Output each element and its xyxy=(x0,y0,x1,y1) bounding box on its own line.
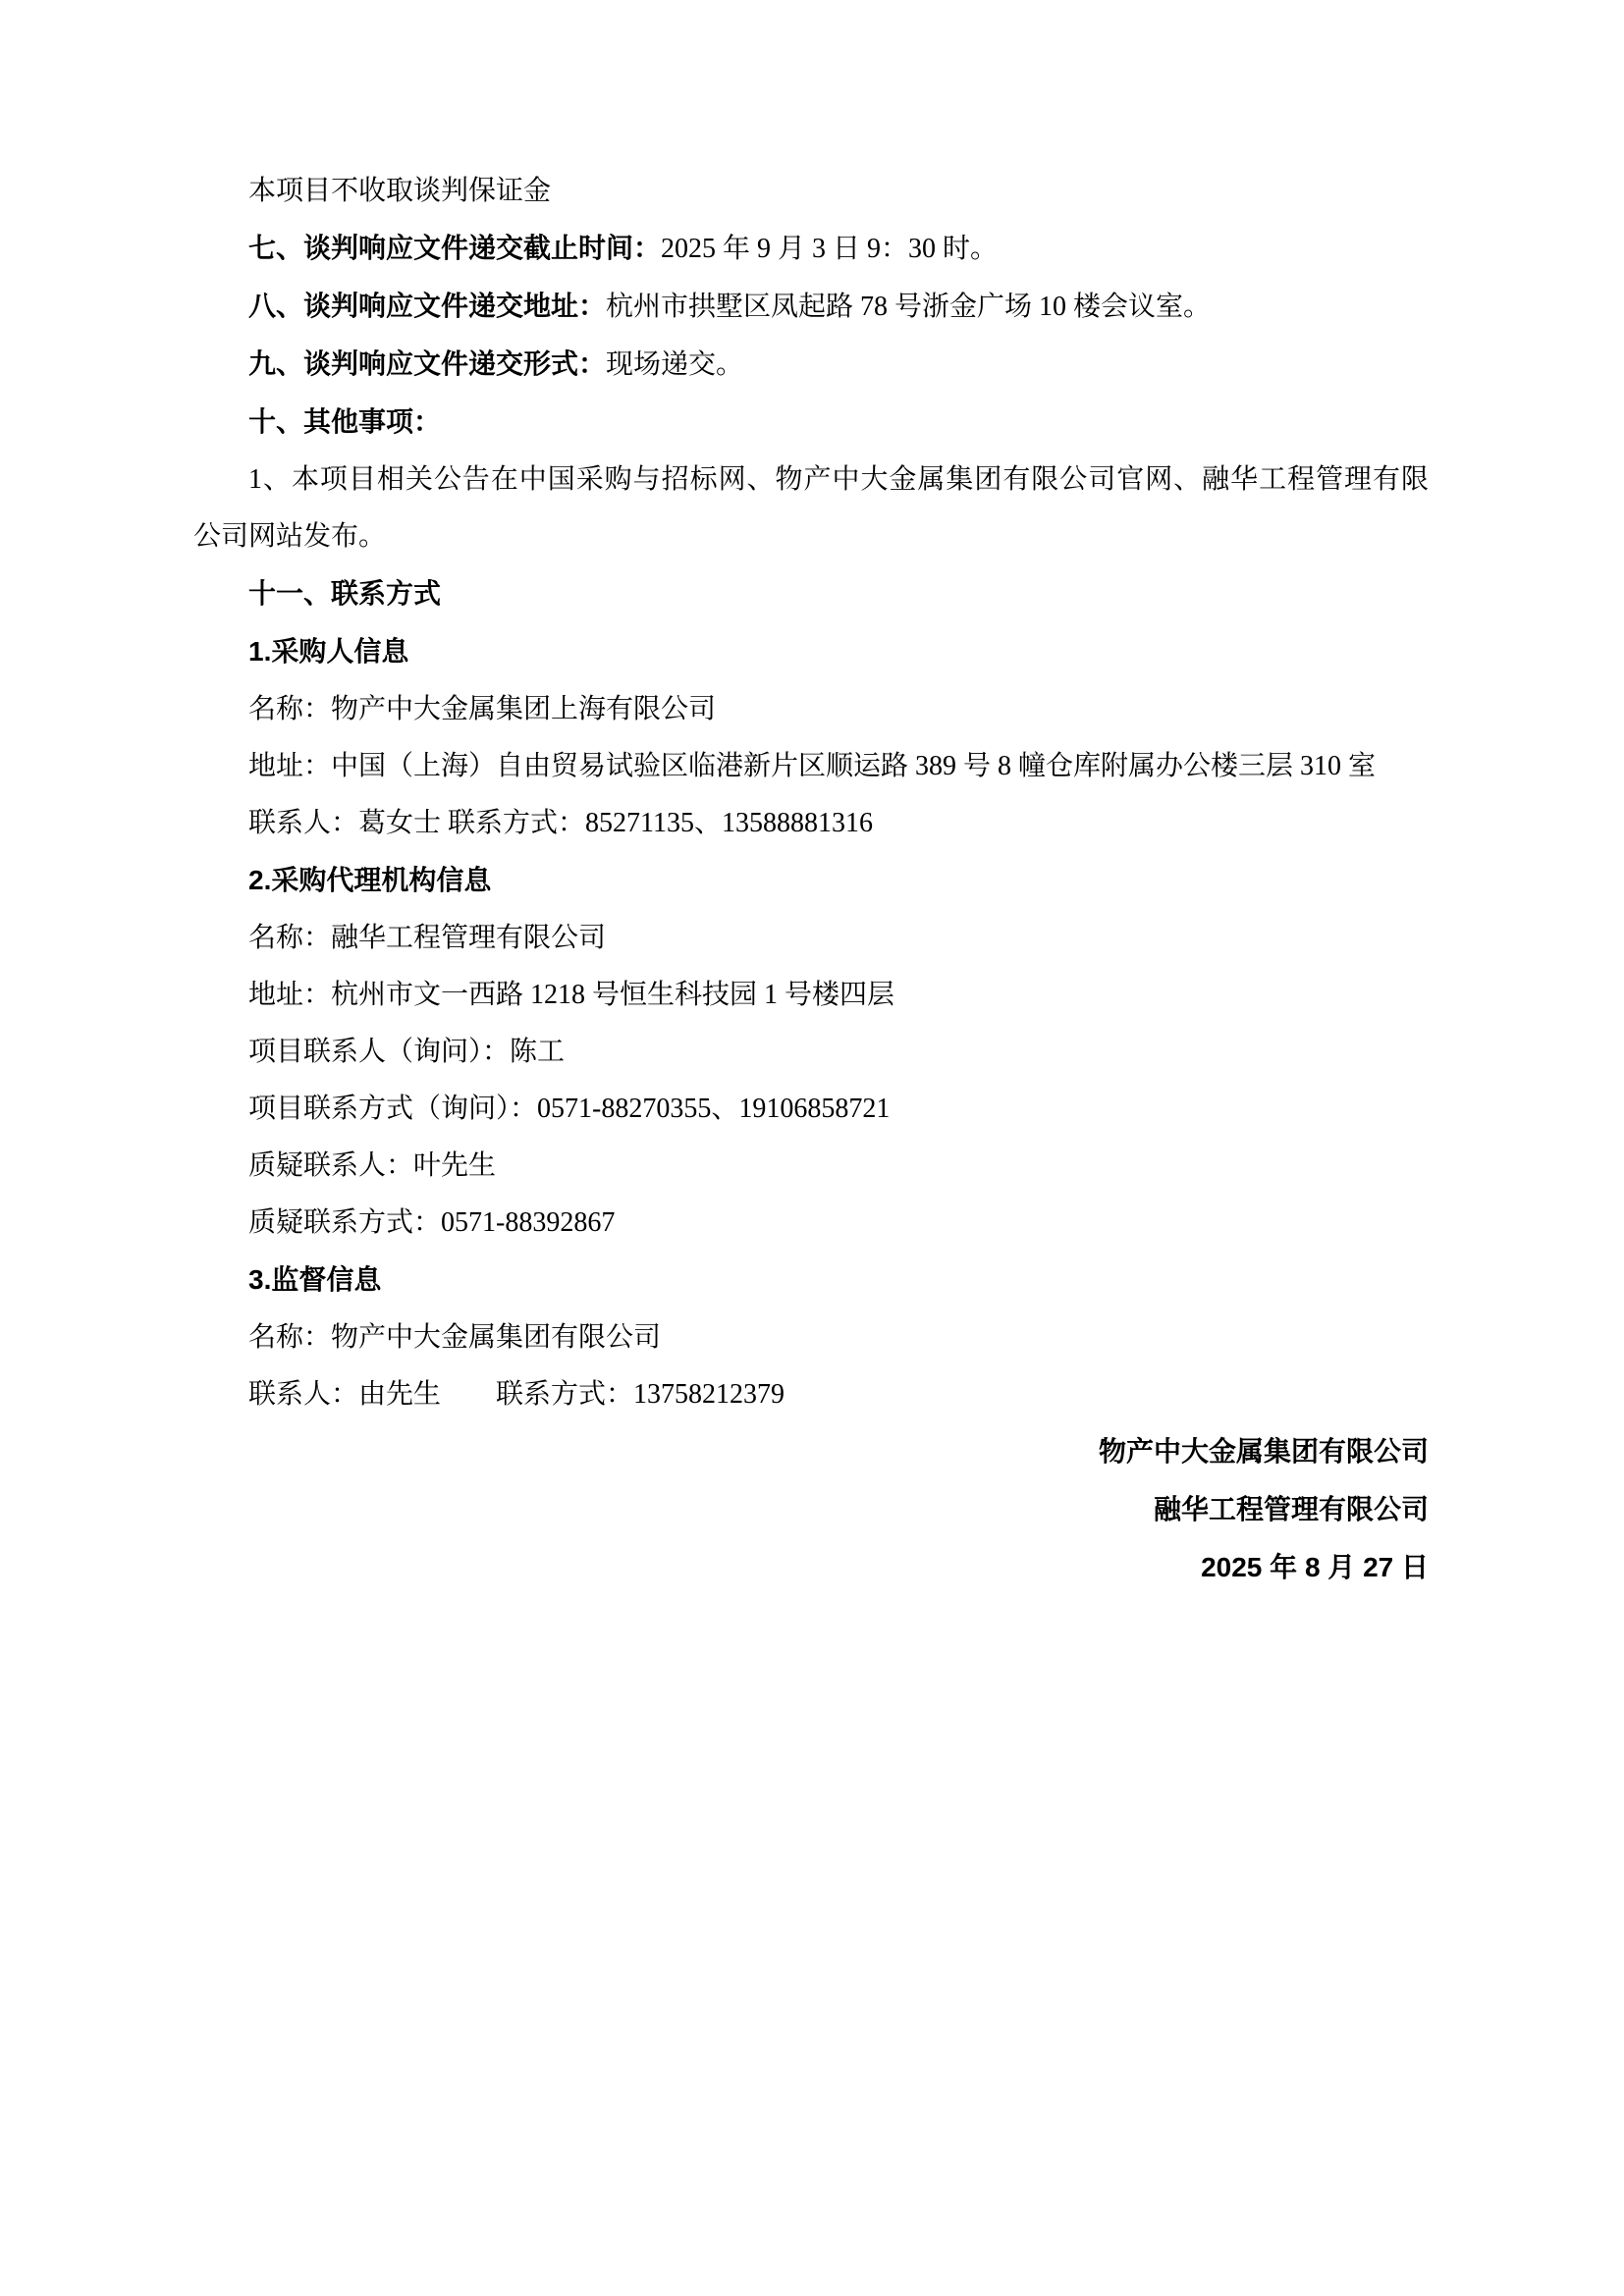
signature-company-2-text: 融华工程管理有限公司 xyxy=(1154,1494,1429,1524)
agency-query-contact: 质疑联系人：叶先生 xyxy=(193,1138,1429,1195)
purchaser-address: 地址：中国（上海）自由贸易试验区临港新片区顺运路 389 号 8 幢仓库附属办公… xyxy=(193,738,1429,795)
item-8-address-value: 杭州市拱墅区凤起路 78 号浙金广场 10 楼会议室。 xyxy=(606,292,1211,322)
agency-query-contact-text: 质疑联系人：叶先生 xyxy=(248,1150,496,1181)
item-7-deadline-value: 2025 年 9 月 3 日 9：30 时。 xyxy=(661,234,998,264)
signature-date: 2025 年 8 月 27 日 xyxy=(193,1539,1429,1597)
agency-address-text: 地址：杭州市文一西路 1218 号恒生科技园 1 号楼四层 xyxy=(248,980,894,1010)
para-no-deposit: 本项目不收取谈判保证金 xyxy=(193,163,1429,220)
agency-query-phone: 质疑联系方式：0571-88392867 xyxy=(193,1195,1429,1252)
heading-11-contact-label: 十一、联系方式 xyxy=(248,578,441,609)
item-9-form-value: 现场递交。 xyxy=(606,349,743,380)
para-announcement-cont-text: 公司网站发布。 xyxy=(193,521,386,552)
purchaser-contact-text: 联系人：葛女士 联系方式：85271135、13588881316 xyxy=(248,808,873,838)
heading-purchaser-info-label: 1.采购人信息 xyxy=(248,636,408,667)
heading-agency-info-label: 2.采购代理机构信息 xyxy=(248,865,491,895)
supervision-contact: 联系人：由先生 联系方式：13758212379 xyxy=(193,1366,1429,1423)
heading-supervision-info: 3.监督信息 xyxy=(193,1252,1429,1309)
purchaser-contact: 联系人：葛女士 联系方式：85271135、13588881316 xyxy=(193,795,1429,852)
agency-name-text: 名称：融华工程管理有限公司 xyxy=(248,923,606,953)
supervision-name: 名称：物产中大金属集团有限公司 xyxy=(193,1309,1429,1366)
agency-address: 地址：杭州市文一西路 1218 号恒生科技园 1 号楼四层 xyxy=(193,967,1429,1024)
agency-name: 名称：融华工程管理有限公司 xyxy=(193,910,1429,967)
heading-agency-info: 2.采购代理机构信息 xyxy=(193,852,1429,910)
agency-project-phone: 项目联系方式（询问）：0571-88270355、19106858721 xyxy=(193,1081,1429,1138)
heading-supervision-info-label: 3.监督信息 xyxy=(248,1264,381,1295)
heading-purchaser-info: 1.采购人信息 xyxy=(193,623,1429,681)
item-7-deadline: 七、谈判响应文件递交截止时间：2025 年 9 月 3 日 9：30 时。 xyxy=(193,220,1429,278)
item-9-form-label: 九、谈判响应文件递交形式： xyxy=(248,348,606,379)
item-8-address: 八、谈判响应文件递交地址：杭州市拱墅区凤起路 78 号浙金广场 10 楼会议室。 xyxy=(193,278,1429,336)
agency-project-contact: 项目联系人（询问）：陈工 xyxy=(193,1024,1429,1081)
signature-company-1-text: 物产中大金属集团有限公司 xyxy=(1099,1436,1429,1467)
para-no-deposit-text: 本项目不收取谈判保证金 xyxy=(248,176,551,206)
heading-11-contact: 十一、联系方式 xyxy=(193,565,1429,623)
item-9-form: 九、谈判响应文件递交形式：现场递交。 xyxy=(193,336,1429,394)
signature-date-text: 2025 年 8 月 27 日 xyxy=(1201,1552,1429,1582)
supervision-name-text: 名称：物产中大金属集团有限公司 xyxy=(248,1322,661,1353)
purchaser-name-text: 名称：物产中大金属集团上海有限公司 xyxy=(248,694,716,724)
item-10-other-label: 十、其他事项： xyxy=(248,406,441,437)
item-10-other: 十、其他事项： xyxy=(193,394,1429,452)
purchaser-name: 名称：物产中大金属集团上海有限公司 xyxy=(193,681,1429,738)
supervision-contact-text: 联系人：由先生 联系方式：13758212379 xyxy=(248,1379,785,1410)
purchaser-address-text: 地址：中国（上海）自由贸易试验区临港新片区顺运路 389 号 8 幢仓库附属办公… xyxy=(248,751,1376,781)
para-announcement-text: 1、本项目相关公告在中国采购与招标网、物产中大金属集团有限公司官网、融华工程管理… xyxy=(248,464,1429,495)
item-7-deadline-label: 七、谈判响应文件递交截止时间： xyxy=(248,233,661,263)
para-announcement: 1、本项目相关公告在中国采购与招标网、物产中大金属集团有限公司官网、融华工程管理… xyxy=(193,452,1429,508)
agency-query-phone-text: 质疑联系方式：0571-88392867 xyxy=(248,1207,615,1238)
document-page: 本项目不收取谈判保证金 七、谈判响应文件递交截止时间：2025 年 9 月 3 … xyxy=(0,0,1624,2296)
item-8-address-label: 八、谈判响应文件递交地址： xyxy=(248,291,606,321)
signature-company-2: 融华工程管理有限公司 xyxy=(193,1481,1429,1539)
agency-project-phone-text: 项目联系方式（询问）：0571-88270355、19106858721 xyxy=(248,1094,890,1124)
para-announcement-cont: 公司网站发布。 xyxy=(193,508,1429,565)
agency-project-contact-text: 项目联系人（询问）：陈工 xyxy=(248,1037,565,1067)
signature-company-1: 物产中大金属集团有限公司 xyxy=(193,1423,1429,1481)
